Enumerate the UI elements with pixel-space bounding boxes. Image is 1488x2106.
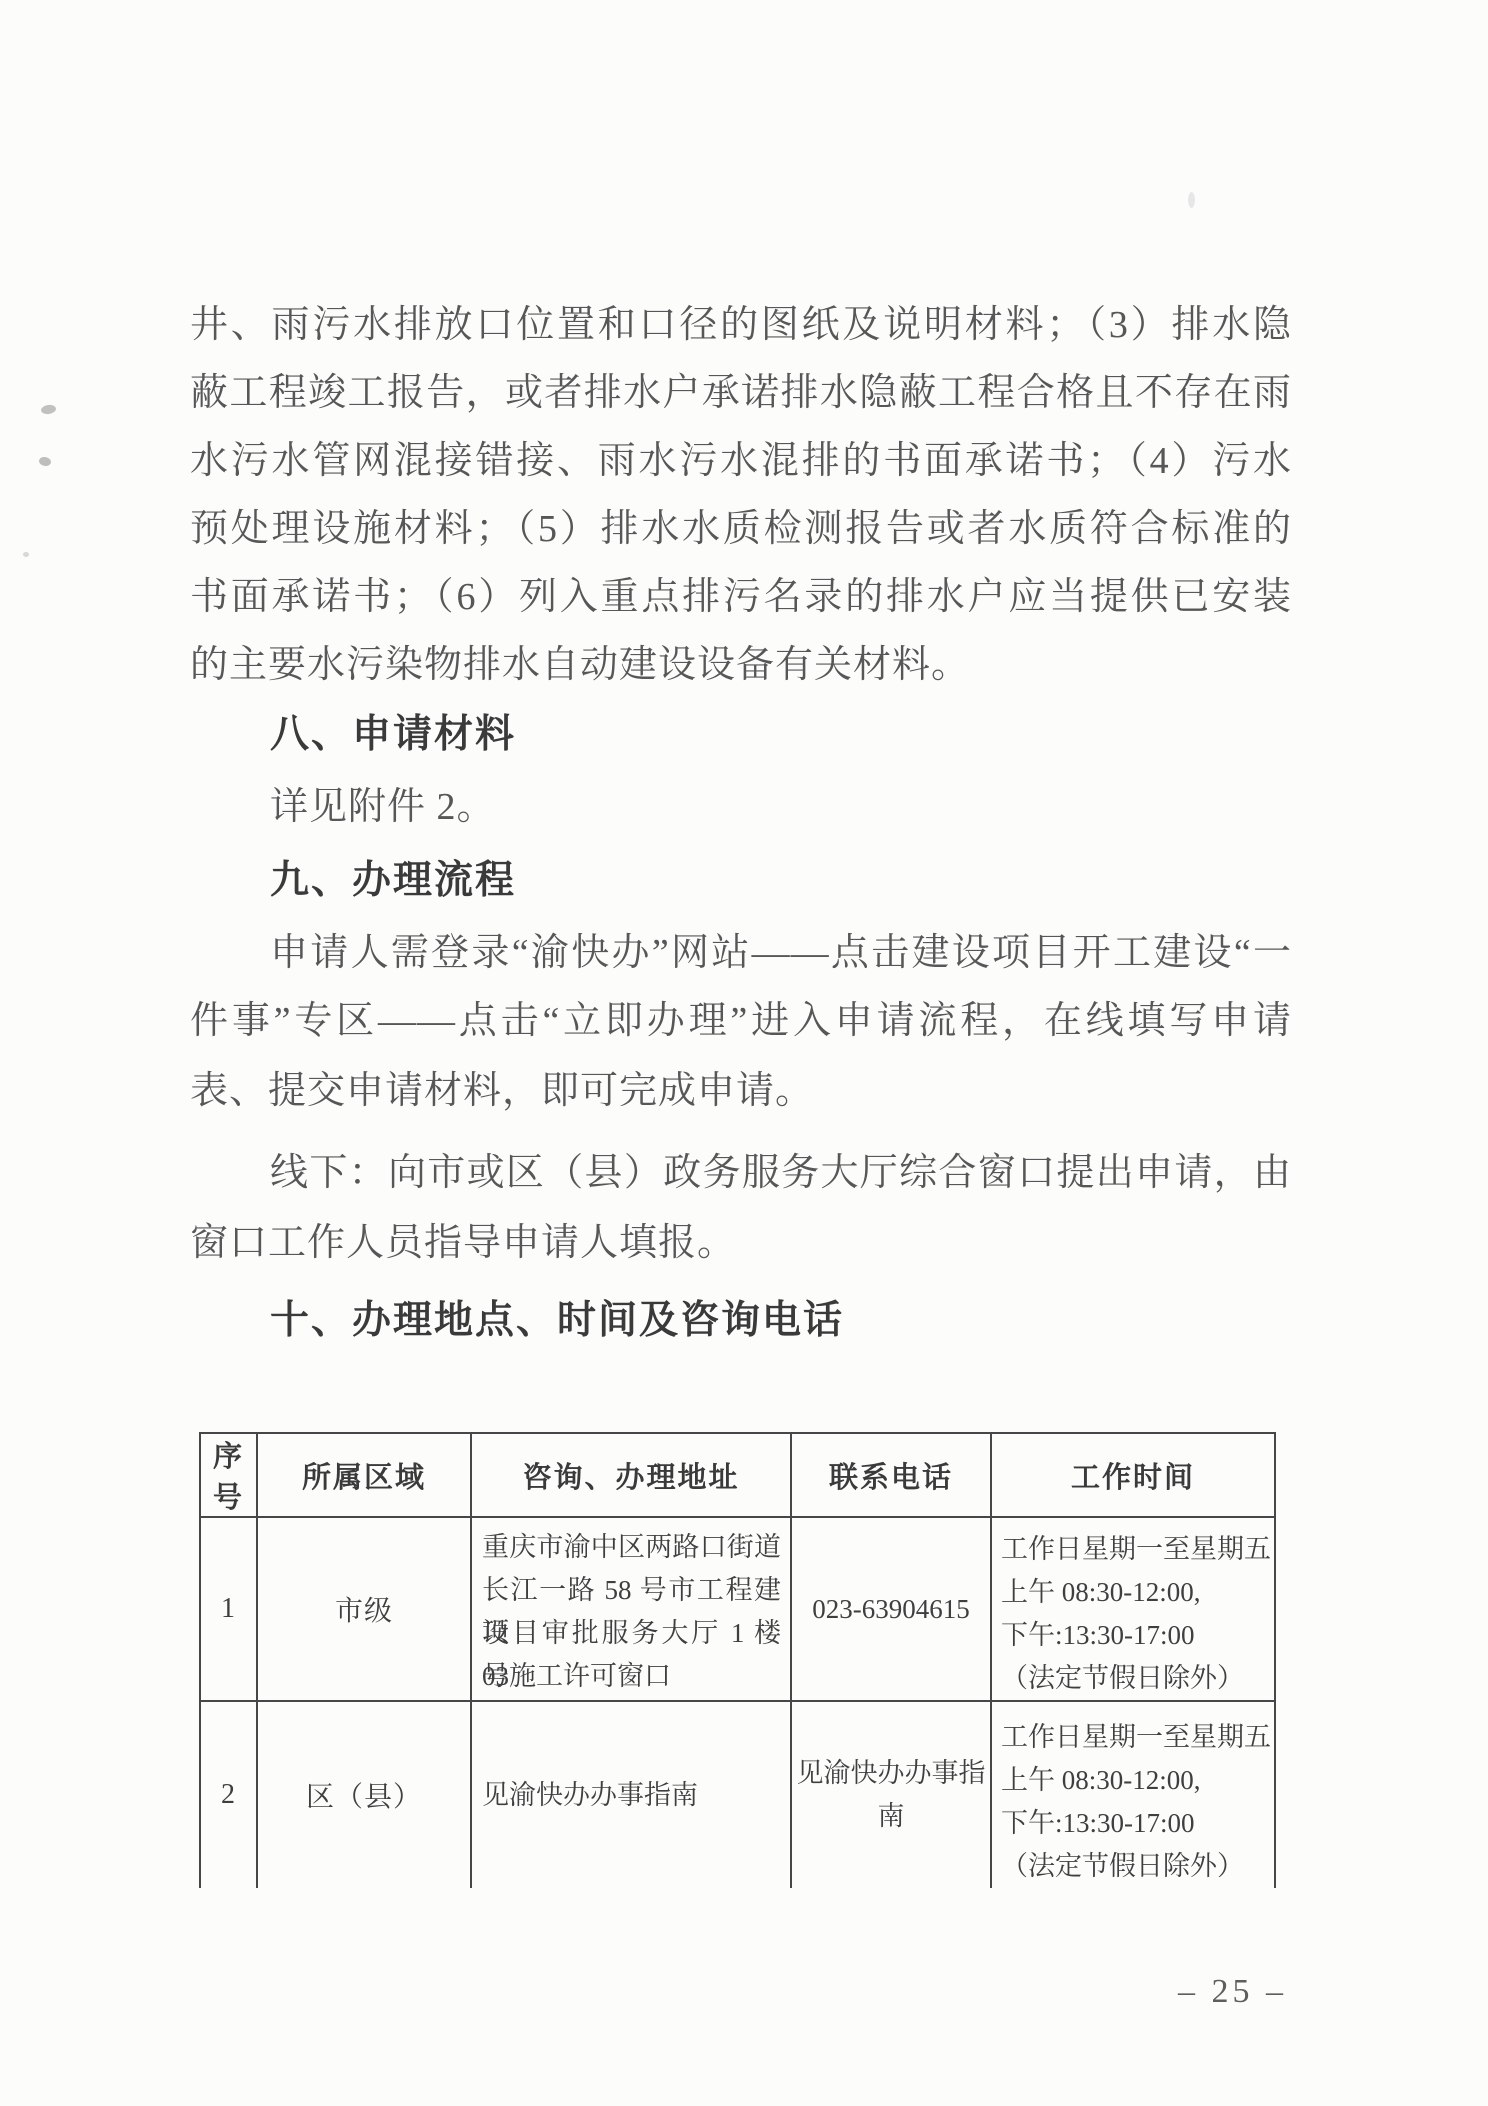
region-cell: 区（县）	[257, 1701, 471, 1888]
body-text-block: 井、雨污水排放口位置和口径的图纸及说明材料；（3）排水隐 蔽工程竣工报告，或者排…	[190, 291, 1292, 1355]
hours-cell: 工作日星期一至星期五 上午 08:30-12:00, 下午:13:30-17:0…	[991, 1517, 1275, 1701]
hours-cell: 工作日星期一至星期五 上午 08:30-12:00, 下午:13:30-17:0…	[991, 1701, 1275, 1888]
hours-line: 工作日星期一至星期五	[1001, 1528, 1268, 1571]
continued-paragraph-line: 预处理设施材料；（5）排水水质检测报告或者水质符合标准的	[190, 495, 1292, 563]
phone-cell: 023-63904615	[791, 1517, 991, 1701]
continued-paragraph-line: 水污水管网混接错接、雨水污水混排的书面承诺书；（4）污水	[190, 427, 1292, 495]
phone-cell: 见渝快办办事指 南	[791, 1701, 991, 1888]
continued-paragraph-line: 井、雨污水排放口位置和口径的图纸及说明材料；（3）排水隐	[190, 291, 1292, 359]
region-cell: 市级	[257, 1517, 471, 1701]
scan-speck	[23, 552, 29, 557]
section-heading-9: 九、办理流程	[190, 847, 1292, 915]
seq-cell: 1	[200, 1517, 257, 1701]
phone-line: 南	[792, 1795, 990, 1838]
address-line: 项目审批服务大厅 1 楼 03	[482, 1612, 781, 1655]
section-heading-10: 十、办理地点、时间及咨询电话	[190, 1287, 1292, 1355]
table-header-row: 序号 所属区域 咨询、办理地址 联系电话 工作时间	[200, 1433, 1275, 1517]
col-header-address: 咨询、办理地址	[471, 1433, 791, 1517]
table-row-city: 1 市级 重庆市渝中区两路口街道 长江一路 58 号市工程建设 项目审批服务大厅…	[200, 1517, 1275, 1701]
hours-line: 上午 08:30-12:00,	[1001, 1759, 1268, 1802]
section-9-paragraph-line: 窗口工作人员指导申请人填报。	[190, 1209, 1292, 1277]
continued-paragraph-line: 的主要水污染物排水自动建设设备有关材料。	[190, 631, 1292, 699]
section-9-paragraph-line: 件事”专区——点击“立即办理”进入申请流程，在线填写申请	[190, 987, 1292, 1055]
address-line: 号施工许可窗口	[482, 1655, 781, 1698]
continued-paragraph-line: 书面承诺书；（6）列入重点排污名录的排水户应当提供已安装	[190, 563, 1292, 631]
address-cell: 重庆市渝中区两路口街道 长江一路 58 号市工程建设 项目审批服务大厅 1 楼 …	[471, 1517, 791, 1701]
section-8-text: 详见附件 2。	[190, 773, 1292, 841]
address-cell: 见渝快办办事指南	[471, 1701, 791, 1888]
col-header-phone: 联系电话	[791, 1433, 991, 1517]
scan-speck	[1188, 192, 1195, 208]
section-heading-8: 八、申请材料	[190, 701, 1292, 769]
table-row-district: 2 区（县） 见渝快办办事指南 见渝快办办事指 南 工作日星期一至星期五 上午 …	[200, 1701, 1275, 1888]
section-9-paragraph-line: 线下：向市或区（县）政务服务大厅综合窗口提出申请，由	[190, 1139, 1292, 1207]
section-9-paragraph-line: 表、提交申请材料，即可完成申请。	[190, 1057, 1292, 1125]
continued-paragraph-line: 蔽工程竣工报告，或者排水户承诺排水隐蔽工程合格且不存在雨	[190, 359, 1292, 427]
hours-line: 工作日星期一至星期五	[1001, 1716, 1268, 1759]
seq-cell: 2	[200, 1701, 257, 1888]
hours-line: 上午 08:30-12:00,	[1001, 1571, 1268, 1614]
address-line: 重庆市渝中区两路口街道	[482, 1526, 781, 1569]
hours-line: 下午:13:30-17:00	[1001, 1802, 1268, 1845]
col-header-seq: 序号	[200, 1433, 257, 1517]
section-9-paragraph-line: 申请人需登录“渝快办”网站——点击建设项目开工建设“一	[190, 919, 1292, 987]
col-header-hours: 工作时间	[991, 1433, 1275, 1517]
document-page: 井、雨污水排放口位置和口径的图纸及说明材料；（3）排水隐 蔽工程竣工报告，或者排…	[0, 0, 1488, 2106]
hours-line: （法定节假日除外）	[1001, 1845, 1268, 1888]
scan-speck	[40, 404, 56, 415]
scan-speck	[38, 456, 51, 467]
phone-line: 见渝快办办事指	[792, 1752, 990, 1795]
address-line: 长江一路 58 号市工程建设	[482, 1569, 781, 1612]
col-header-region: 所属区域	[257, 1433, 471, 1517]
contact-table: 序号 所属区域 咨询、办理地址 联系电话 工作时间 1 市级 重庆市渝中区两路口…	[199, 1432, 1276, 1888]
page-number: – 25 –	[1140, 1972, 1325, 2012]
address-line: 见渝快办办事指南	[482, 1774, 781, 1817]
hours-line: 下午:13:30-17:00	[1001, 1614, 1268, 1657]
hours-line: （法定节假日除外）	[1001, 1657, 1268, 1700]
